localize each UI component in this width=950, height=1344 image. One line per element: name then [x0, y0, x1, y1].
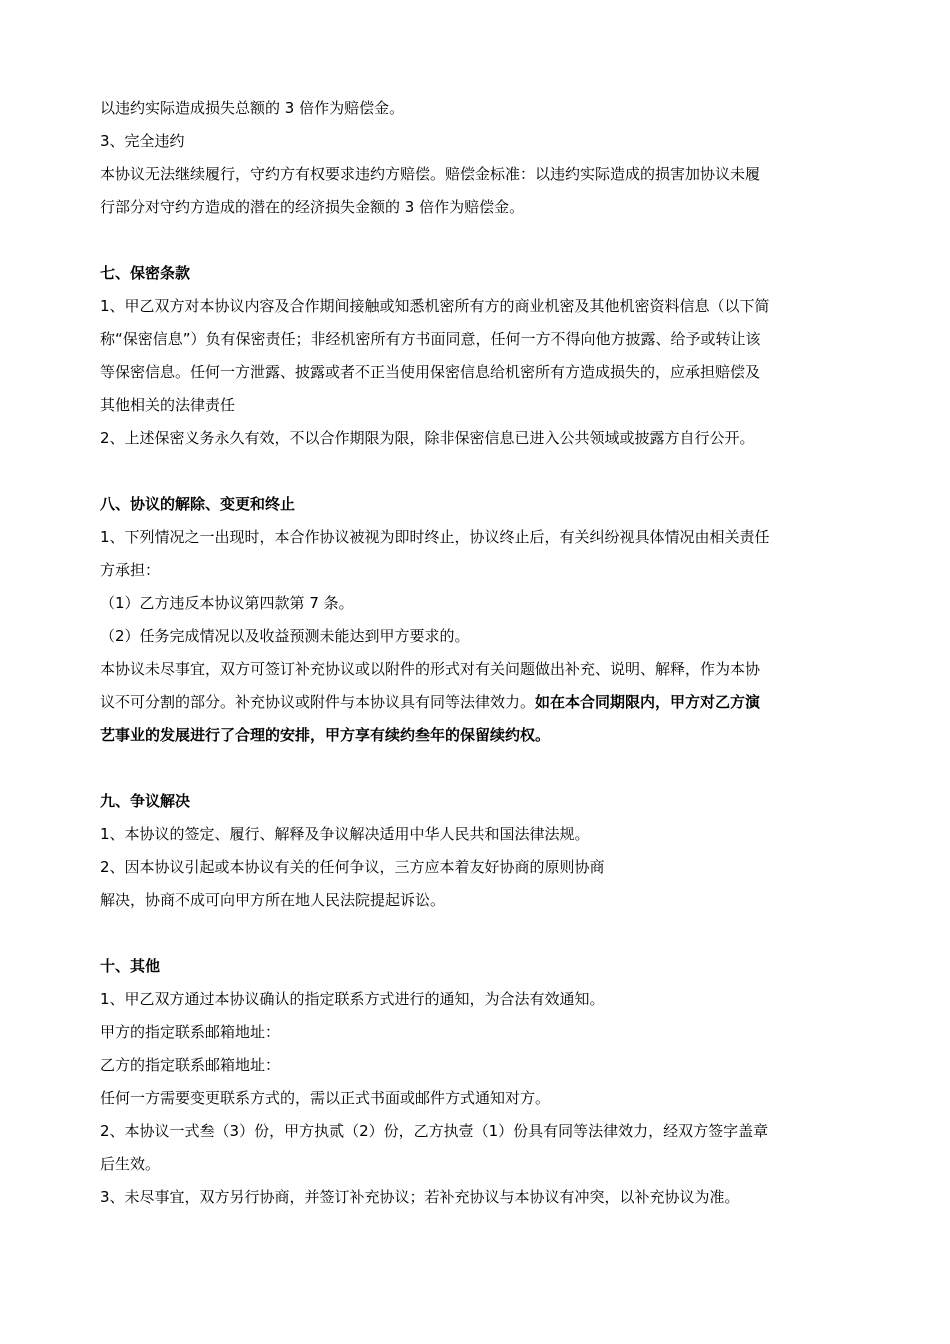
- section-spacer: [100, 455, 852, 488]
- section-spacer: [100, 752, 852, 785]
- paragraph-line: 本协议未尽事宜，双方可签订补充协议或以附件的形式对有关问题做出补充、说明、解释，…: [100, 653, 852, 686]
- section-heading: 八、协议的解除、变更和终止: [100, 488, 852, 521]
- paragraph-line: 本协议无法继续履行，守约方有权要求违约方赔偿。赔偿金标准：以违约实际造成的损害加…: [100, 158, 852, 191]
- paragraph-line: 1、甲乙双方通过本协议确认的指定联系方式进行的通知，为合法有效通知。: [100, 983, 852, 1016]
- paragraph-line: 解决，协商不成可向甲方所在地人民法院提起诉讼。: [100, 884, 852, 917]
- paragraph-line: 方承担：: [100, 554, 852, 587]
- paragraph-line: 其他相关的法律责任: [100, 389, 852, 422]
- paragraph-line: 2、上述保密义务永久有效，不以合作期限为限，除非保密信息已进入公共领域或披露方自…: [100, 422, 852, 455]
- section-confidentiality: 七、保密条款 1、甲乙双方对本协议内容及合作期间接触或知悉机密所有方的商业机密及…: [100, 257, 852, 455]
- paragraph-line: 以违约实际造成损失总额的 3 倍作为赔偿金。: [100, 92, 852, 125]
- section-heading: 十、其他: [100, 950, 852, 983]
- paragraph-line: 后生效。: [100, 1148, 852, 1181]
- paragraph-line-bold: 艺事业的发展进行了合理的安排，甲方享有续约叁年的保留续约权。: [100, 719, 852, 752]
- paragraph-line: 行部分对守约方造成的潜在的经济损失金额的 3 倍作为赔偿金。: [100, 191, 852, 224]
- paragraph-line-mixed: 议不可分割的部分。补充协议或附件与本协议具有同等法律效力。如在本合同期限内，甲方…: [100, 686, 852, 719]
- paragraph-line: 1、本协议的签定、履行、解释及争议解决适用中华人民共和国法律法规。: [100, 818, 852, 851]
- section-spacer: [100, 224, 852, 257]
- section-other: 十、其他 1、甲乙双方通过本协议确认的指定联系方式进行的通知，为合法有效通知。 …: [100, 950, 852, 1214]
- list-item: （2）任务完成情况以及收益预测未能达到甲方要求的。: [100, 620, 852, 653]
- paragraph-line: 称“保密信息”）负有保密责任；非经机密所有方书面同意，任何一方不得向他方披露、给…: [100, 323, 852, 356]
- section-heading: 九、争议解决: [100, 785, 852, 818]
- clause-title-full-breach: 3、完全违约: [100, 125, 852, 158]
- section-termination: 八、协议的解除、变更和终止 1、下列情况之一出现时，本合作协议被视为即时终止，协…: [100, 488, 852, 752]
- section-breach-tail: 以违约实际造成损失总额的 3 倍作为赔偿金。 3、完全违约 本协议无法继续履行，…: [100, 92, 852, 224]
- paragraph-line: 等保密信息。任何一方泄露、披露或者不正当使用保密信息给机密所有方造成损失的，应承…: [100, 356, 852, 389]
- document-page: 以违约实际造成损失总额的 3 倍作为赔偿金。 3、完全违约 本协议无法继续履行，…: [100, 92, 852, 1214]
- paragraph-line: 1、甲乙双方对本协议内容及合作期间接触或知悉机密所有方的商业机密及其他机密资料信…: [100, 290, 852, 323]
- party-b-email-label: 乙方的指定联系邮箱地址：: [100, 1049, 852, 1082]
- paragraph-line: 3、未尽事宜，双方另行协商，并签订补充协议；若补充协议与本协议有冲突，以补充协议…: [100, 1181, 852, 1214]
- party-a-email-label: 甲方的指定联系邮箱地址：: [100, 1016, 852, 1049]
- section-spacer: [100, 917, 852, 950]
- section-heading: 七、保密条款: [100, 257, 852, 290]
- bold-text: 如在本合同期限内，甲方对乙方演: [535, 693, 760, 711]
- paragraph-line: 2、因本协议引起或本协议有关的任何争议，三方应本着友好协商的原则协商: [100, 851, 852, 884]
- list-item: （1）乙方违反本协议第四款第 7 条。: [100, 587, 852, 620]
- paragraph-line: 任何一方需要变更联系方式的，需以正式书面或邮件方式通知对方。: [100, 1082, 852, 1115]
- paragraph-line: 2、本协议一式叁（3）份，甲方执贰（2）份，乙方执壹（1）份具有同等法律效力，经…: [100, 1115, 852, 1148]
- paragraph-line: 1、下列情况之一出现时，本合作协议被视为即时终止，协议终止后，有关纠纷视具体情况…: [100, 521, 852, 554]
- section-dispute-resolution: 九、争议解决 1、本协议的签定、履行、解释及争议解决适用中华人民共和国法律法规。…: [100, 785, 852, 917]
- normal-text: 议不可分割的部分。补充协议或附件与本协议具有同等法律效力。: [100, 693, 535, 711]
